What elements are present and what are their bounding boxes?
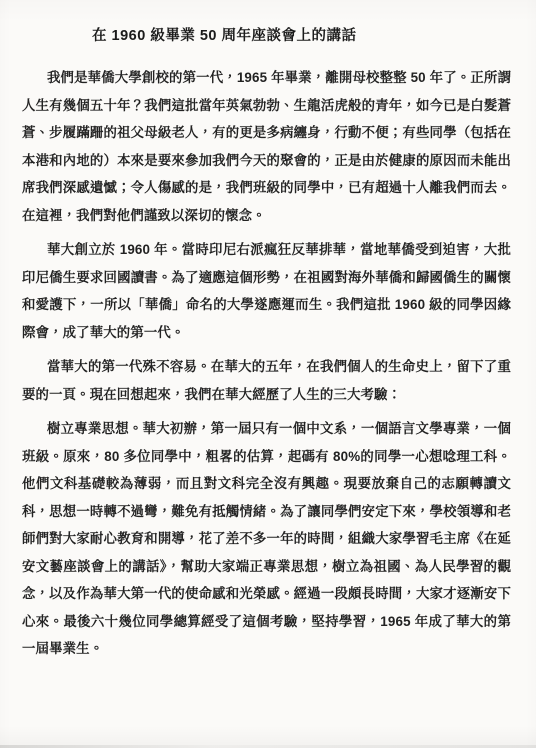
paragraph-founding: 華大創立於 1960 年。當時印尼右派瘋狂反華排華，當地華僑受到迫害，大批印尼僑… [22, 236, 511, 346]
document-title: 在 1960 級畢業 50 周年座談會上的講話 [92, 26, 511, 46]
paragraph-first-generation: 當華大的第一代殊不容易。在華大的五年，在我們個人的生命史上，留下了重要的一頁。現… [22, 353, 511, 408]
paragraph-professional-ideals: 樹立專業思想。華大初辦，第一屆只有一個中文系，一個語言文學專業，一個班級。原來，… [22, 415, 511, 663]
document-page: 在 1960 級畢業 50 周年座談會上的講話 我們是華僑大學創校的第一代，19… [0, 0, 536, 748]
paragraph-intro: 我們是華僑大學創校的第一代，1965 年畢業，離開母校整整 50 年了。正所謂人… [22, 64, 511, 229]
